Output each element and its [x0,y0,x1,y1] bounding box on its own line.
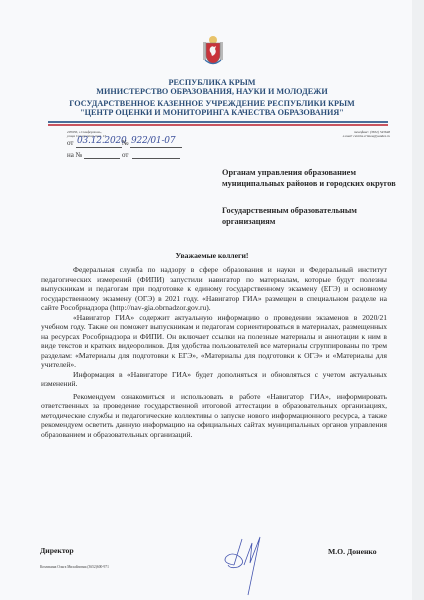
date-underline [76,147,122,148]
email: e-mail: centrks.crimea@yandex.ru [330,134,390,138]
body-paragraph: «Навигатор ГИА» содержит актуальную инфо… [41,313,387,370]
body-paragraph: Федеральная служба по надзору в сфере об… [41,265,387,313]
outgoing-date: 03.12.2020 [77,136,127,146]
letterhead-divider-red [48,124,388,126]
body-paragraph: Рекомендуем ознакомиться и использовать … [41,392,387,440]
sender-contacts: телефакс: (3652) 545648 e-mail: centrks.… [330,130,390,139]
recipient-state-organizations: Государственным образовательным организа… [222,206,402,227]
letterhead-republic: РЕСПУБЛИКА КРЫМ [0,78,424,87]
greeting: Уважаемые коллеги! [0,251,424,260]
executor-contact: Козликина Ольга Михайловна (3652)600-971 [40,565,109,569]
reference-number-underline [84,158,120,159]
handwritten-signature-icon [220,535,280,600]
reference-from-label: от [122,151,128,159]
letter-body: Федеральная служба по надзору в сфере об… [41,265,387,439]
reference-label: на № [67,151,82,159]
signatory-title: Директор [40,546,74,555]
crimea-coat-of-arms-icon [202,36,224,66]
signatory-name: М.О. Доненко [328,547,377,556]
number-label: № [122,139,129,147]
recipient-education-authorities: Органам управления образованием муниципа… [222,168,402,189]
letterhead-ministry: МИНИСТЕРСТВО ОБРАЗОВАНИЯ, НАУКИ И МОЛОДЕ… [0,87,424,96]
reference-date-underline [132,158,180,159]
letterhead-divider-blue [48,121,388,123]
body-paragraph: Информация в «Навигаторе ГИА» будет допо… [41,370,387,389]
letterhead-institution: ГОСУДАРСТВЕННОЕ КАЗЕННОЕ УЧРЕЖДЕНИЕ РЕСП… [0,99,424,108]
outgoing-number: 922/01-07 [131,136,175,146]
number-underline [130,147,182,148]
letterhead-center-name: "ЦЕНТР ОЦЕНКИ И МОНИТОРИНГА КАЧЕСТВА ОБР… [0,108,424,117]
from-label: от [67,139,73,147]
